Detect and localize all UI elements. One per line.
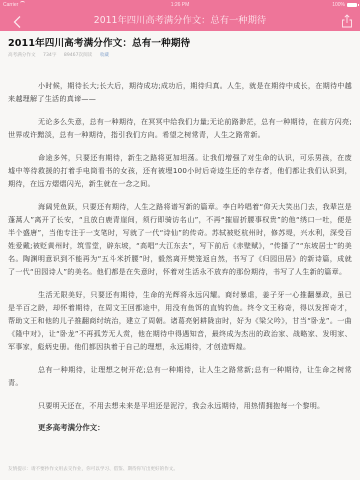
paragraph: 命途多舛，只要还有期待，新生之路将更加坦荡。让我们增强了对生命的认识，可乐男孩，… bbox=[8, 151, 352, 190]
share-icon bbox=[341, 14, 353, 28]
paragraph: 无论多么失意，总有一种期待，在冥冥中给我们力量;无论前路渺茫，总有一种期待，在前… bbox=[8, 115, 352, 141]
battery-status: 100% bbox=[332, 0, 357, 10]
paragraph: 生活无限美好，只要还有期待，生命的光辉将永远闪耀。商纣暴虐，姜子牙一心推翻暴政，… bbox=[8, 288, 352, 353]
category-label[interactable]: 高考满分作文 bbox=[8, 53, 36, 58]
favorite-link[interactable]: 收藏 bbox=[100, 53, 109, 58]
battery-icon bbox=[347, 3, 357, 7]
navigation-bar: 2011年四川高考满分作文：总有一种期待 bbox=[0, 10, 360, 31]
status-bar: Carrier 1:26 PM 100% bbox=[0, 0, 360, 10]
back-button[interactable] bbox=[11, 14, 25, 28]
more-essays-heading: 更多高考满分作文： bbox=[8, 422, 352, 434]
article-body: 小时候，期待长大;长大后，期待成功;成功后，期待归真。人生，就是在期待中成长，在… bbox=[8, 79, 352, 434]
paragraph: 只要明天还在，不用去想未来是平坦还是泥泞，我会永远期待，用热情拥抱每一个黎明。 bbox=[8, 399, 352, 412]
article-content[interactable]: 2011年四川高考满分作文：总有一种期待 高考满分作文 734字 89467次阅… bbox=[0, 31, 360, 480]
paragraph: 小时候，期待长大;长大后，期待成功;成功后，期待归真。人生，就是在期待中成长，在… bbox=[8, 79, 352, 105]
word-count: 734字 bbox=[43, 53, 56, 58]
nav-title: 2011年四川高考满分作文：总有一种期待 bbox=[40, 10, 320, 31]
article-title: 2011年四川高考满分作文：总有一种期待 bbox=[8, 38, 352, 50]
share-button[interactable] bbox=[341, 13, 353, 27]
read-count: 89467次阅读 bbox=[64, 53, 92, 58]
friendly-tip: 友情提示：请不要抄作文用去交作业，你可以学习、借鉴、期待你写出更好的作文。 bbox=[8, 466, 178, 474]
battery-percent: 100% bbox=[332, 0, 345, 10]
paragraph: 海阔凭鱼跃，只要还有期待，人生之路将谱写新的篇章。李白吟唱着“仰天大笑出门去，我… bbox=[8, 200, 352, 278]
status-time: 1:26 PM bbox=[0, 0, 360, 10]
article-meta: 高考满分作文 734字 89467次阅读 收藏 bbox=[8, 52, 352, 59]
paragraph: 总有一种期待，让理想之树开花;总有一种期待，让人生之路常新;总有一种期待，让生命… bbox=[8, 363, 352, 389]
chevron-left-icon bbox=[11, 15, 25, 29]
